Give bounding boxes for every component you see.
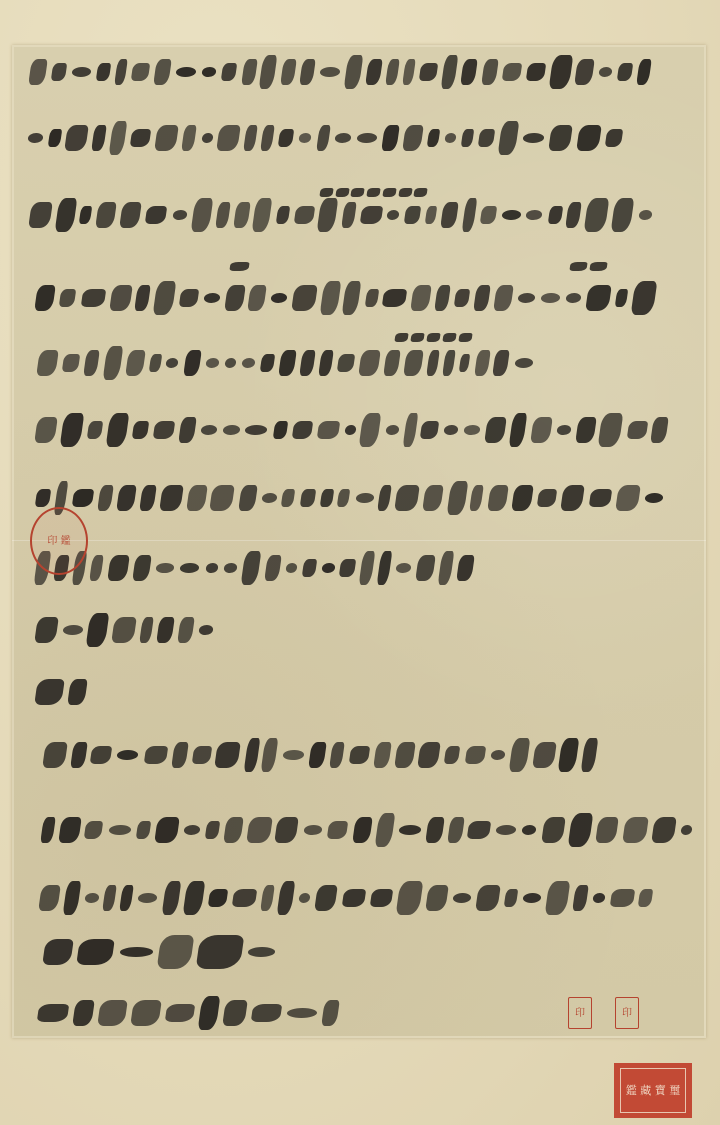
brush-character bbox=[309, 742, 328, 768]
brush-character bbox=[501, 210, 521, 220]
brush-character bbox=[59, 413, 84, 447]
brush-character bbox=[298, 133, 312, 143]
calligraphy-column bbox=[30, 195, 690, 235]
brush-character bbox=[589, 489, 613, 507]
brush-character bbox=[154, 125, 179, 151]
brush-character bbox=[175, 67, 196, 77]
brush-character bbox=[62, 881, 81, 915]
brush-character bbox=[337, 354, 356, 372]
brush-character bbox=[490, 750, 505, 760]
calligraphy-column bbox=[36, 278, 690, 318]
calligraphy-column bbox=[30, 52, 685, 92]
brush-character bbox=[114, 59, 128, 85]
brush-character bbox=[352, 817, 373, 843]
brush-character bbox=[196, 935, 245, 969]
brush-character bbox=[526, 210, 544, 220]
brush-character bbox=[615, 289, 628, 307]
calligraphy-column bbox=[40, 878, 690, 918]
brush-character bbox=[86, 613, 109, 647]
brush-character bbox=[598, 67, 612, 77]
calligraphy-column bbox=[44, 932, 294, 972]
brush-character bbox=[402, 413, 417, 447]
brush-character bbox=[130, 129, 152, 147]
brush-character bbox=[223, 817, 244, 843]
brush-character bbox=[106, 413, 130, 447]
brush-character bbox=[504, 889, 518, 907]
brush-character bbox=[419, 63, 439, 81]
brush-character bbox=[485, 417, 508, 443]
seal-script-text: 鑑 藏 寶 璽 bbox=[620, 1068, 686, 1113]
brush-character bbox=[42, 939, 74, 965]
brush-character bbox=[522, 893, 542, 903]
brush-character bbox=[223, 563, 238, 573]
brush-character bbox=[337, 489, 351, 507]
brush-character bbox=[261, 738, 279, 772]
brush-character bbox=[395, 485, 421, 511]
brush-character bbox=[680, 825, 692, 835]
brush-character bbox=[205, 563, 219, 573]
brush-character bbox=[291, 285, 317, 311]
brush-character bbox=[358, 350, 380, 376]
brush-character bbox=[319, 281, 340, 315]
brush-character bbox=[467, 821, 491, 839]
brush-character bbox=[131, 63, 150, 81]
brush-character bbox=[111, 617, 137, 643]
brush-character bbox=[327, 821, 349, 839]
brush-character bbox=[181, 125, 197, 151]
brush-character bbox=[285, 563, 298, 573]
brush-character bbox=[50, 63, 67, 81]
large-mount-seal: 鑑 藏 寶 璽 bbox=[614, 1063, 692, 1118]
brush-character bbox=[365, 59, 383, 85]
brush-character bbox=[59, 289, 77, 307]
brush-character bbox=[34, 417, 57, 443]
brush-character bbox=[281, 489, 296, 507]
brush-character bbox=[282, 750, 305, 760]
brush-character bbox=[454, 289, 471, 307]
brush-character bbox=[38, 885, 61, 911]
brush-character bbox=[425, 817, 444, 843]
brush-character bbox=[522, 825, 537, 835]
brush-character bbox=[177, 617, 195, 643]
brush-character bbox=[130, 1000, 162, 1026]
brush-character bbox=[299, 893, 311, 903]
brush-character bbox=[426, 350, 440, 376]
brush-character bbox=[530, 417, 553, 443]
interlinear-note bbox=[230, 262, 252, 271]
note-character bbox=[442, 333, 456, 342]
brush-character bbox=[275, 817, 300, 843]
calligraphy-column bbox=[44, 735, 634, 775]
brush-character bbox=[260, 125, 275, 151]
brush-character bbox=[498, 121, 520, 155]
brush-character bbox=[71, 489, 94, 507]
note-character bbox=[414, 188, 428, 197]
brush-character bbox=[537, 489, 558, 507]
seal-script-text: 印 bbox=[575, 1008, 585, 1019]
brush-character bbox=[135, 821, 151, 839]
brush-character bbox=[68, 679, 88, 705]
brush-character bbox=[248, 285, 267, 311]
brush-character bbox=[631, 281, 658, 315]
brush-character bbox=[358, 551, 375, 585]
brush-character bbox=[58, 817, 82, 843]
brush-character bbox=[198, 625, 214, 635]
brush-character bbox=[148, 354, 161, 372]
brush-character bbox=[651, 417, 669, 443]
brush-character bbox=[205, 358, 220, 368]
brush-character bbox=[303, 825, 323, 835]
small-seal-right: 印 bbox=[615, 997, 639, 1029]
brush-character bbox=[636, 59, 652, 85]
brush-character bbox=[581, 738, 598, 772]
brush-character bbox=[470, 485, 485, 511]
brush-character bbox=[459, 354, 471, 372]
brush-character bbox=[89, 555, 104, 581]
brush-character bbox=[319, 489, 333, 507]
seal-script-text: 印 鑑 bbox=[47, 536, 70, 547]
brush-character bbox=[377, 551, 393, 585]
brush-character bbox=[561, 485, 586, 511]
brush-character bbox=[572, 885, 588, 911]
brush-character bbox=[261, 493, 277, 503]
brush-character bbox=[132, 421, 150, 439]
brush-character bbox=[622, 817, 649, 843]
brush-character bbox=[441, 55, 459, 89]
brush-character bbox=[348, 746, 370, 764]
brush-character bbox=[385, 425, 399, 435]
brush-character bbox=[473, 285, 490, 311]
brush-character bbox=[119, 885, 134, 911]
brush-character bbox=[278, 129, 295, 147]
brush-character bbox=[215, 742, 242, 768]
calligraphy-column bbox=[42, 810, 692, 850]
brush-character bbox=[481, 59, 499, 85]
brush-character bbox=[119, 202, 142, 228]
brush-character bbox=[442, 350, 456, 376]
brush-character bbox=[72, 1000, 94, 1026]
brush-character bbox=[615, 485, 641, 511]
brush-character bbox=[475, 885, 501, 911]
brush-character bbox=[166, 358, 180, 368]
brush-character bbox=[456, 555, 474, 581]
brush-character bbox=[201, 133, 213, 143]
brush-character bbox=[28, 202, 52, 228]
brush-character bbox=[278, 350, 297, 376]
brush-character bbox=[183, 825, 200, 835]
brush-character bbox=[203, 293, 220, 303]
brush-character bbox=[232, 889, 257, 907]
brush-character bbox=[344, 425, 356, 435]
brush-character bbox=[222, 425, 240, 435]
brush-character bbox=[97, 1000, 128, 1026]
brush-character bbox=[355, 493, 374, 503]
brush-character bbox=[403, 350, 424, 376]
brush-character bbox=[172, 210, 188, 220]
brush-character bbox=[71, 67, 92, 77]
brush-character bbox=[585, 285, 612, 311]
brush-character bbox=[192, 746, 212, 764]
brush-character bbox=[139, 485, 157, 511]
brush-character bbox=[243, 738, 259, 772]
brush-character bbox=[320, 67, 341, 77]
brush-character bbox=[385, 59, 400, 85]
brush-character bbox=[541, 293, 561, 303]
brush-character bbox=[496, 825, 518, 835]
brush-character bbox=[165, 1004, 196, 1022]
brush-character bbox=[425, 885, 449, 911]
brush-character bbox=[238, 485, 257, 511]
brush-character bbox=[441, 202, 460, 228]
brush-character bbox=[40, 817, 55, 843]
brush-character bbox=[156, 617, 175, 643]
brush-character bbox=[275, 206, 290, 224]
brush-character bbox=[108, 825, 131, 835]
brush-character bbox=[103, 885, 118, 911]
brush-character bbox=[153, 281, 176, 315]
brush-character bbox=[452, 893, 472, 903]
brush-character bbox=[334, 133, 352, 143]
calligraphy-column bbox=[38, 343, 578, 383]
brush-character bbox=[116, 485, 137, 511]
brush-character bbox=[317, 198, 339, 232]
brush-character bbox=[224, 358, 236, 368]
brush-character bbox=[280, 59, 297, 85]
brush-character bbox=[84, 821, 104, 839]
brush-character bbox=[102, 346, 123, 380]
calligraphy-column bbox=[36, 478, 690, 518]
brush-character bbox=[35, 489, 52, 507]
brush-character bbox=[402, 125, 424, 151]
brush-character bbox=[241, 551, 262, 585]
brush-character bbox=[272, 421, 288, 439]
brush-character bbox=[34, 617, 58, 643]
brush-character bbox=[119, 947, 154, 957]
brush-character bbox=[109, 285, 133, 311]
brush-character bbox=[260, 885, 275, 911]
brush-character bbox=[420, 421, 440, 439]
brush-character bbox=[339, 559, 356, 577]
brush-character bbox=[155, 563, 175, 573]
brush-character bbox=[300, 489, 316, 507]
brush-character bbox=[299, 350, 316, 376]
brush-character bbox=[243, 125, 258, 151]
brush-character bbox=[233, 202, 250, 228]
brush-character bbox=[201, 67, 217, 77]
seal-script-text: 印 bbox=[622, 1008, 632, 1019]
brush-character bbox=[186, 485, 207, 511]
interlinear-note bbox=[570, 262, 610, 271]
brush-character bbox=[545, 881, 571, 915]
note-character bbox=[366, 188, 380, 197]
brush-character bbox=[241, 358, 255, 368]
brush-character bbox=[259, 55, 278, 89]
brush-character bbox=[107, 555, 130, 581]
brush-character bbox=[28, 59, 47, 85]
paper-fold-line bbox=[12, 540, 706, 541]
note-character bbox=[351, 188, 365, 197]
calligraphy-column bbox=[36, 610, 226, 650]
brush-character bbox=[373, 742, 391, 768]
brush-character bbox=[364, 289, 378, 307]
brush-character bbox=[329, 742, 345, 768]
brush-character bbox=[54, 198, 76, 232]
note-character bbox=[426, 333, 440, 342]
brush-character bbox=[404, 206, 421, 224]
brush-character bbox=[638, 889, 654, 907]
brush-character bbox=[97, 485, 114, 511]
brush-character bbox=[318, 350, 334, 376]
brush-character bbox=[617, 63, 633, 81]
brush-character bbox=[293, 206, 314, 224]
brush-character bbox=[161, 881, 181, 915]
brush-character bbox=[132, 555, 152, 581]
brush-character bbox=[153, 421, 176, 439]
brush-character bbox=[444, 133, 457, 143]
note-character bbox=[398, 188, 412, 197]
brush-character bbox=[514, 358, 533, 368]
brush-character bbox=[447, 817, 464, 843]
brush-character bbox=[395, 563, 411, 573]
brush-character bbox=[90, 746, 113, 764]
brush-character bbox=[216, 125, 240, 151]
brush-character bbox=[584, 198, 610, 232]
brush-character bbox=[87, 421, 104, 439]
brush-character bbox=[154, 817, 180, 843]
brush-character bbox=[62, 354, 81, 372]
brush-character bbox=[383, 350, 401, 376]
note-character bbox=[394, 333, 408, 342]
note-character bbox=[589, 262, 607, 271]
brush-character bbox=[547, 206, 562, 224]
brush-character bbox=[222, 1000, 247, 1026]
brush-character bbox=[595, 817, 619, 843]
brush-character bbox=[221, 63, 238, 81]
brush-character bbox=[95, 202, 116, 228]
brush-character bbox=[246, 817, 272, 843]
brush-character bbox=[565, 293, 581, 303]
interlinear-note bbox=[395, 333, 475, 342]
brush-character bbox=[36, 350, 59, 376]
oval-collector-seal: 印 鑑 bbox=[30, 507, 88, 575]
brush-character bbox=[178, 417, 196, 443]
brush-character bbox=[508, 738, 530, 772]
brush-character bbox=[153, 59, 172, 85]
brush-character bbox=[292, 421, 314, 439]
brush-character bbox=[438, 551, 455, 585]
brush-character bbox=[605, 129, 624, 147]
brush-character bbox=[423, 485, 445, 511]
brush-character bbox=[260, 354, 275, 372]
brush-character bbox=[532, 742, 556, 768]
brush-character bbox=[321, 1000, 340, 1026]
brush-character bbox=[27, 133, 43, 143]
brush-character bbox=[464, 746, 486, 764]
brush-character bbox=[556, 425, 572, 435]
brush-character bbox=[252, 198, 273, 232]
brush-character bbox=[183, 350, 202, 376]
brush-character bbox=[341, 202, 357, 228]
brush-character bbox=[245, 425, 269, 435]
interlinear-note bbox=[320, 188, 430, 197]
brush-character bbox=[558, 738, 580, 772]
brush-character bbox=[179, 563, 200, 573]
brush-character bbox=[317, 421, 340, 439]
brush-character bbox=[286, 1008, 317, 1018]
brush-character bbox=[341, 889, 365, 907]
brush-character bbox=[84, 350, 101, 376]
brush-character bbox=[210, 485, 236, 511]
brush-character bbox=[96, 63, 111, 81]
brush-character bbox=[34, 285, 56, 311]
brush-character bbox=[417, 742, 441, 768]
brush-character bbox=[171, 742, 189, 768]
brush-character bbox=[382, 289, 408, 307]
calligraphy-column bbox=[36, 548, 531, 588]
brush-character bbox=[575, 417, 596, 443]
brush-character bbox=[143, 746, 167, 764]
note-character bbox=[410, 333, 424, 342]
brush-character bbox=[117, 750, 140, 760]
brush-character bbox=[159, 485, 183, 511]
brush-character bbox=[611, 198, 635, 232]
brush-character bbox=[208, 889, 229, 907]
brush-character bbox=[487, 485, 509, 511]
brush-character bbox=[566, 202, 582, 228]
brush-character bbox=[627, 421, 648, 439]
brush-character bbox=[446, 481, 468, 515]
brush-character bbox=[567, 813, 593, 847]
brush-character bbox=[549, 125, 574, 151]
brush-character bbox=[157, 935, 195, 969]
brush-character bbox=[517, 293, 536, 303]
brush-character bbox=[342, 281, 362, 315]
brush-character bbox=[493, 350, 511, 376]
brush-character bbox=[76, 939, 115, 965]
note-character bbox=[319, 188, 333, 197]
brush-character bbox=[575, 59, 595, 85]
brush-character bbox=[374, 813, 395, 847]
brush-character bbox=[92, 125, 108, 151]
brush-character bbox=[525, 63, 546, 81]
brush-character bbox=[359, 206, 382, 224]
brush-character bbox=[200, 425, 217, 435]
brush-character bbox=[369, 889, 393, 907]
calligraphy-column bbox=[36, 410, 691, 450]
brush-character bbox=[65, 125, 90, 151]
calligraphy-column bbox=[28, 118, 683, 158]
brush-character bbox=[444, 425, 459, 435]
brush-character bbox=[426, 129, 440, 147]
brush-character bbox=[316, 125, 331, 151]
brush-character bbox=[299, 59, 316, 85]
brush-character bbox=[502, 63, 522, 81]
brush-character bbox=[461, 129, 474, 147]
brush-character bbox=[224, 285, 245, 311]
brush-character bbox=[480, 206, 497, 224]
brush-character bbox=[135, 285, 151, 311]
brush-character bbox=[251, 1004, 282, 1022]
brush-character bbox=[145, 206, 168, 224]
brush-character bbox=[402, 59, 416, 85]
brush-character bbox=[651, 817, 677, 843]
brush-character bbox=[463, 425, 481, 435]
brush-character bbox=[183, 881, 205, 915]
calligraphy-column bbox=[36, 672, 96, 712]
brush-character bbox=[357, 133, 378, 143]
small-seal-left: 印 bbox=[568, 997, 592, 1029]
note-character bbox=[335, 188, 349, 197]
